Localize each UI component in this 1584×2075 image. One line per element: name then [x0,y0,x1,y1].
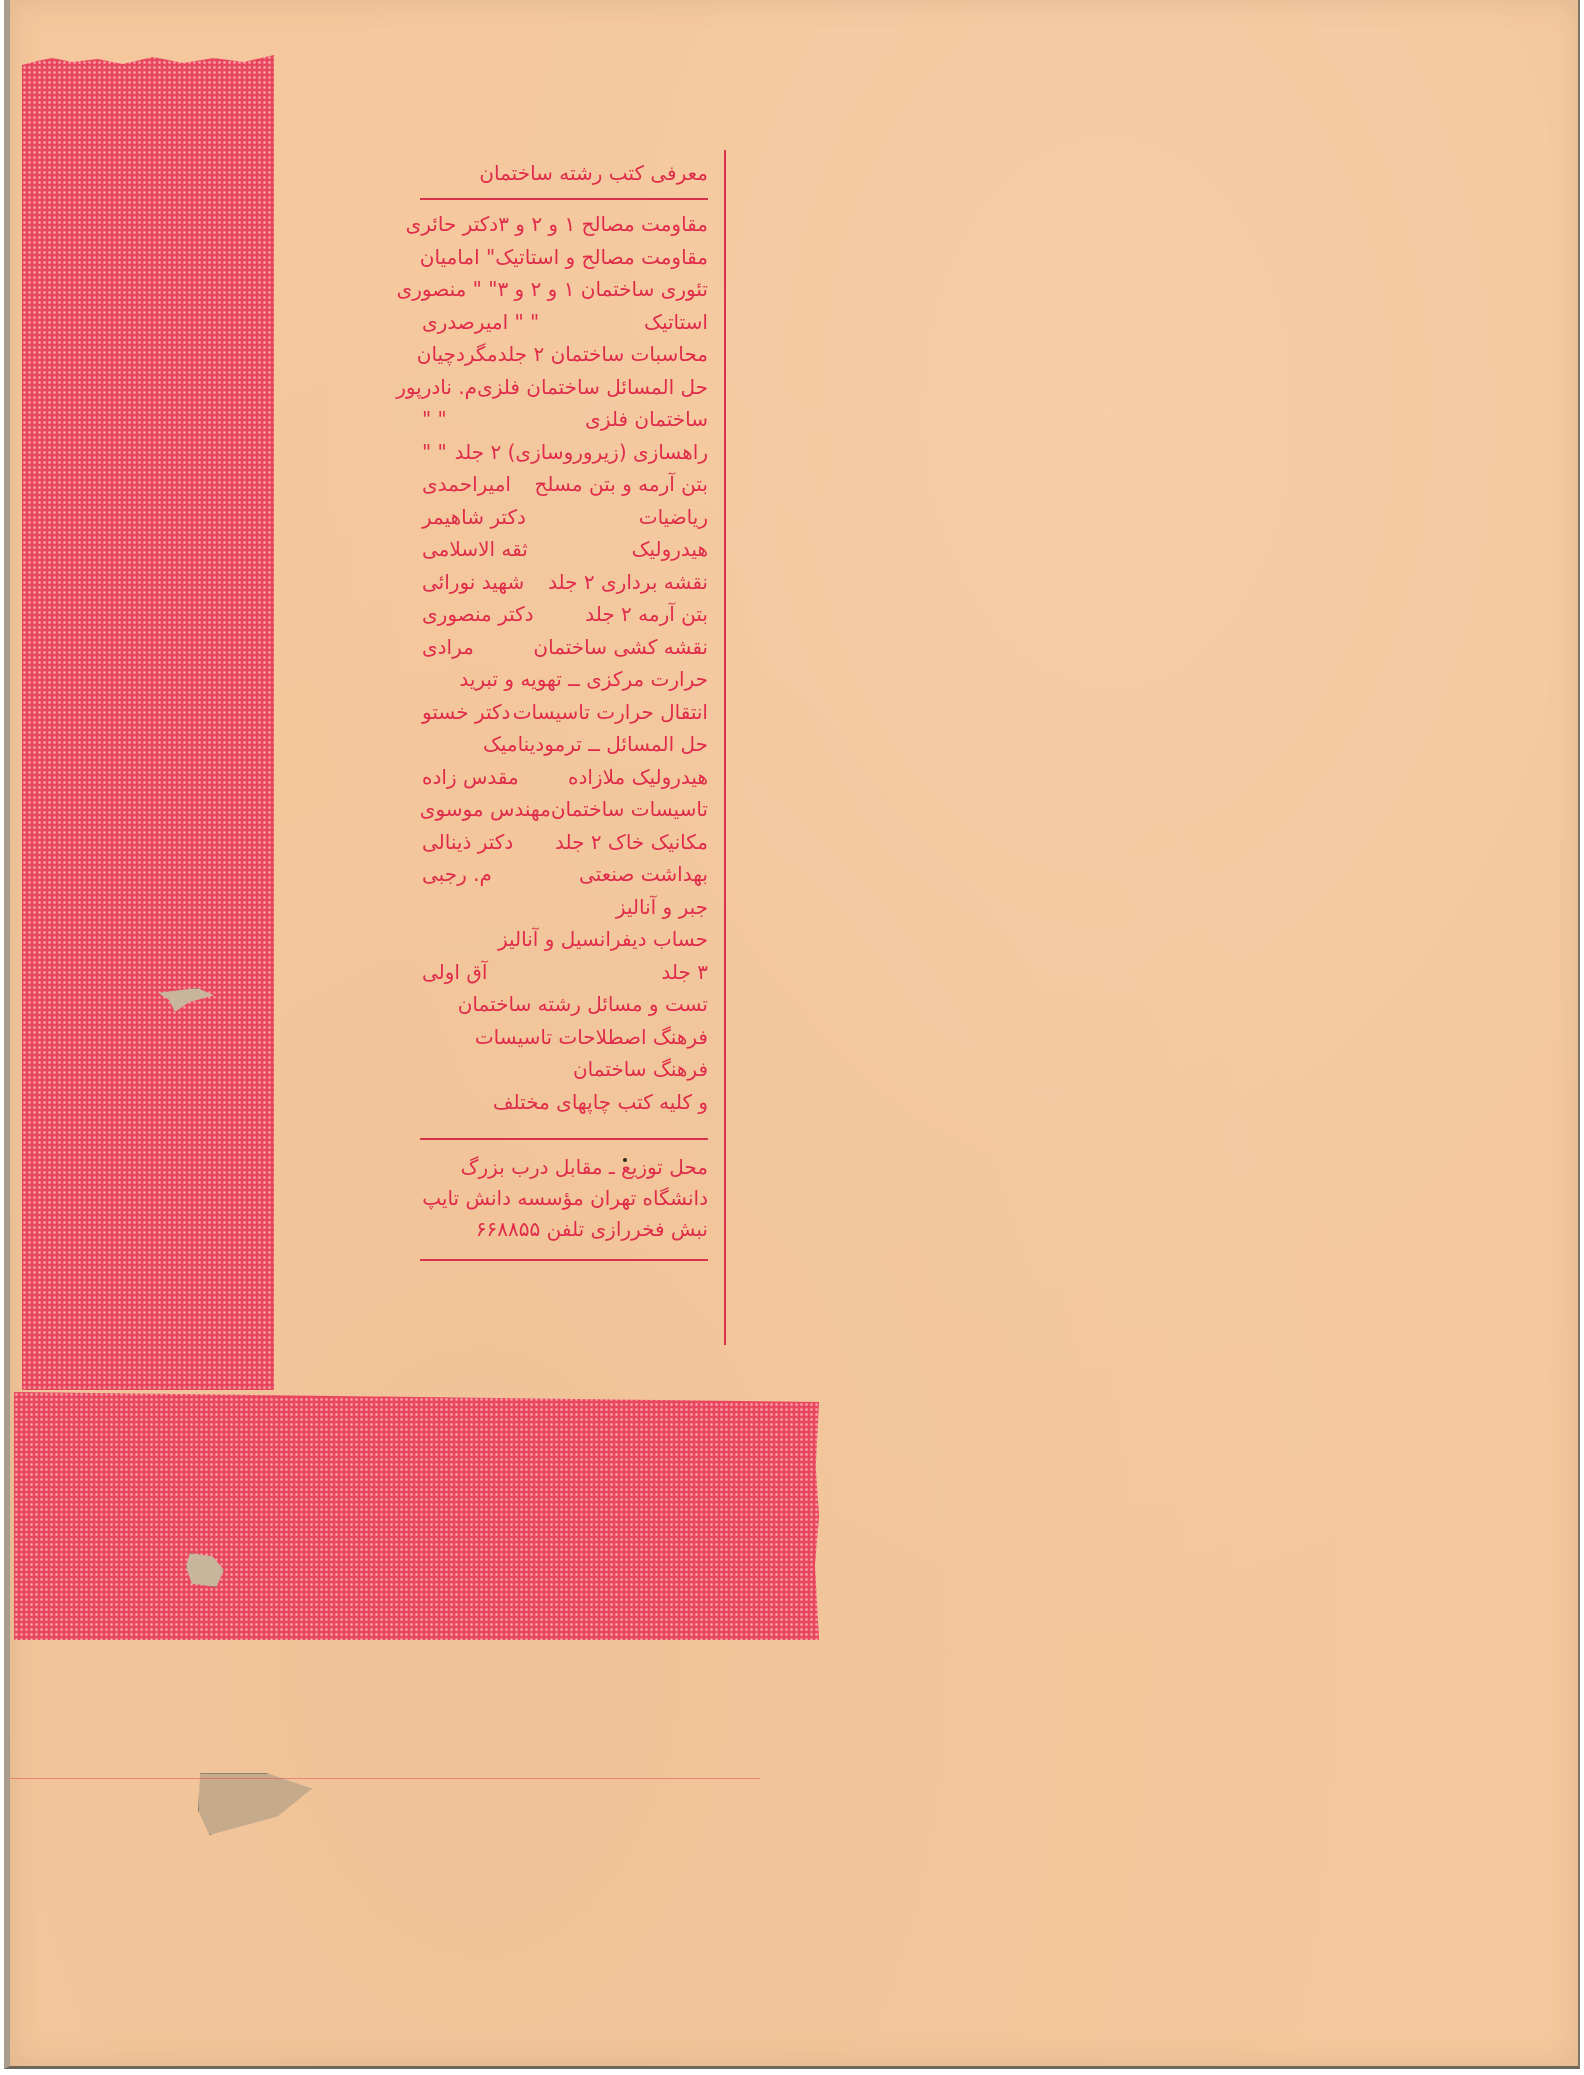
book-title: محاسبات ساختمان ۲ جلد [498,338,708,371]
book-entry: حرارت مرکزی ــ تهویه و تبرید [418,663,708,696]
book-entry: نقشه برداری ۲ جلدشهید نورائی [418,566,708,599]
book-title: ساختمان فلزی [585,403,708,436]
book-title: تاسیسات ساختمان [551,793,708,826]
book-entry: هیدرولیک ملازادهمقدس زاده [418,761,708,794]
catalog-content: معرفی کتب رشته ساختمان مقاومت مصالح ۱ و … [418,150,708,1261]
book-author: م. رجبی [418,858,492,891]
book-catalog-panel: معرفی کتب رشته ساختمان مقاومت مصالح ۱ و … [420,150,726,1345]
book-title: هیدرولیک [632,533,708,566]
book-author: دکتر خستو [418,696,510,729]
book-author: دکتر شاهیمر [418,501,526,534]
book-title: تئوری ساختمان ۱ و ۲ و ۳ [497,273,708,306]
book-author [418,988,422,1021]
book-entry: ریاضیاتدکتر شاهیمر [418,501,708,534]
book-author: " " [418,436,447,469]
book-author: مگردچیان [413,338,498,371]
book-title: بتن آرمه ۲ جلد [585,598,708,631]
book-back-cover: معرفی کتب رشته ساختمان مقاومت مصالح ۱ و … [4,0,1580,2069]
book-entry: استاتیک" " امیرصدری [418,306,708,339]
book-entry: بهداشت صنعتیم. رجبی [418,858,708,891]
book-entry: نقشه کشی ساختمانمرادی [418,631,708,664]
book-title: نقشه کشی ساختمان [533,631,708,664]
book-entry: بتن آرمه ۲ جلددکتر منصوری [418,598,708,631]
book-entry: حل المسائل ــ ترمودینامیک [418,728,708,761]
distribution-line: نبش فخررازی تلفن ۶۶۸۸۵۵ [418,1214,708,1245]
faint-printed-rule [10,1778,760,1779]
book-entry: تاسیسات ساختمانمهندس موسوی [418,793,708,826]
book-entry: انتقال حرارت تاسیساتدکتر خستو [418,696,708,729]
distribution-info: محل توزیع ـ مقابل درب بزرگدانشگاه تهران … [418,1152,708,1245]
book-author: شهید نورائی [418,566,524,599]
book-author: مقدس زاده [418,761,519,794]
book-author: دکتر ذینالی [418,826,513,859]
book-author: ثقه الاسلامی [418,533,528,566]
book-author [418,1086,422,1119]
book-entry: راهسازی (زیروروسازی) ۲ جلد" " [418,436,708,469]
book-title: حرارت مرکزی ــ تهویه و تبرید [459,663,708,696]
book-author [418,1021,422,1054]
paper-tear-mark [198,1773,312,1835]
book-title: استاتیک [644,306,708,339]
book-entry: مکانیک خاک ۲ جلددکتر ذینالی [418,826,708,859]
book-title: فرهنگ ساختمان [573,1053,708,1086]
book-author [418,728,422,761]
book-list: مقاومت مصالح ۱ و ۲ و ۳دکتر حائریمقاومت م… [418,208,708,1118]
book-title: ۳ جلد [661,956,708,989]
book-title: نقشه برداری ۲ جلد [548,566,708,599]
heading-underline [420,198,708,200]
book-author: آق اولی [418,956,487,989]
book-entry: محاسبات ساختمان ۲ جلدمگردچیان [418,338,708,371]
book-title: مقاومت مصالح ۱ و ۲ و ۳ [498,208,708,241]
book-title: جبر و آنالیز [616,891,708,924]
pink-halftone-band-horizontal [14,1392,819,1640]
book-entry: هیدرولیکثقه الاسلامی [418,533,708,566]
distribution-line: دانشگاه تهران مؤسسه دانش تایپ [418,1183,708,1214]
book-entry: ۳ جلدآق اولی [418,956,708,989]
book-entry: حل المسائل ساختمان فلزیم. نادرپور [418,371,708,404]
book-title: هیدرولیک ملازاده [568,761,708,794]
book-title: بهداشت صنعتی [579,858,708,891]
book-title: حساب دیفرانسیل و آنالیز [498,923,708,956]
book-entry: بتن آرمه و بتن مسلحامیراحمدی [418,468,708,501]
bottom-divider [420,1259,708,1261]
book-entry: مقاومت مصالح ۱ و ۲ و ۳دکتر حائری [418,208,708,241]
book-entry: فرهنگ ساختمان [418,1053,708,1086]
book-title: فرهنگ اصطلاحات تاسیسات [475,1021,708,1054]
book-title: حل المسائل ساختمان فلزی [477,371,708,404]
book-author [418,923,422,956]
book-author: امیراحمدی [418,468,511,501]
book-entry: تست و مسائل رشته ساختمان [418,988,708,1021]
book-title: مقاومت مصالح و استاتیک [495,241,708,274]
book-entry: مقاومت مصالح و استاتیک" امامیان [418,241,708,274]
book-title: تست و مسائل رشته ساختمان [458,988,708,1021]
book-entry: حساب دیفرانسیل و آنالیز [418,923,708,956]
book-title: انتقال حرارت تاسیسات [513,696,708,729]
book-author [418,891,422,924]
book-author: " امامیان [416,241,495,274]
book-title: ریاضیات [639,501,708,534]
book-author: دکتر منصوری [418,598,534,631]
book-author [418,1053,422,1086]
book-entry: و کلیه کتب چاپهای مختلف [418,1086,708,1119]
book-entry: جبر و آنالیز [418,891,708,924]
book-author: مهندس موسوی [416,793,551,826]
section-divider [420,1138,708,1140]
book-title: و کلیه کتب چاپهای مختلف [493,1086,708,1119]
pink-halftone-band-vertical [22,55,274,1390]
book-title: حل المسائل ــ ترمودینامیک [483,728,708,761]
book-entry: فرهنگ اصطلاحات تاسیسات [418,1021,708,1054]
book-author: دکتر حائری [402,208,499,241]
book-author: " " منصوری [393,273,498,306]
book-title: بتن آرمه و بتن مسلح [535,468,708,501]
book-author: " " امیرصدری [418,306,539,339]
book-author [418,663,422,696]
book-entry: ساختمان فلزی" " [418,403,708,436]
catalog-heading: معرفی کتب رشته ساختمان [418,150,708,194]
book-author: مرادی [418,631,474,664]
book-title: مکانیک خاک ۲ جلد [555,826,708,859]
book-title: راهسازی (زیروروسازی) ۲ جلد [455,436,708,469]
book-entry: تئوری ساختمان ۱ و ۲ و ۳" " منصوری [418,273,708,306]
book-author: " " [418,403,447,436]
book-author: م. نادرپور [392,371,477,404]
distribution-line: محل توزیع ـ مقابل درب بزرگ [418,1152,708,1183]
